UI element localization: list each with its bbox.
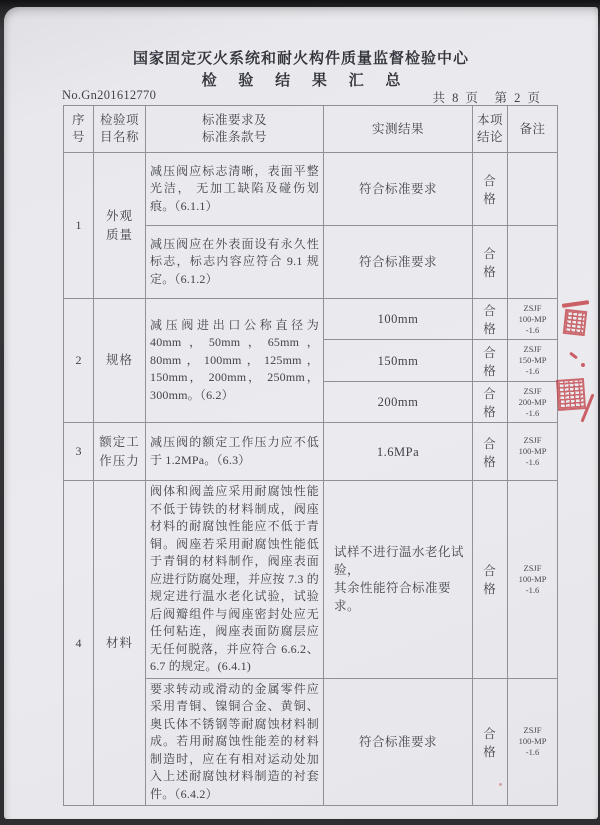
- row2b-conclusion: 合格: [473, 340, 508, 382]
- org-title: 国家固定灭火系统和耐火构件质量监督检验中心: [4, 47, 598, 68]
- row1b-conclusion: 合格: [473, 226, 508, 299]
- row4b-remark: ZSJF 100-MP -1.6: [508, 678, 558, 806]
- row2a-result: 100mm: [324, 299, 473, 340]
- row2c-remark: ZSJF 200-MP -1.6: [508, 382, 558, 423]
- row4a-conclusion: 合格: [473, 481, 508, 679]
- red-seal-fragment-icon: [562, 300, 589, 308]
- row1b-standard: 减压阀应在外表面设有永久性标志，标志内容应符合 9.1 规定。（6.1.2）: [146, 226, 324, 299]
- row4a-remark: ZSJF 100-MP -1.6: [508, 481, 558, 679]
- table-row: 1 外观 质量 减压阀应标志清晰，表面平整光洁， 无加工缺陷及碰伤划痕。（6.1…: [64, 153, 558, 226]
- scanned-page: 国家固定灭火系统和耐火构件质量监督检验中心 检 验 结 果 汇 总 No.Gn2…: [0, 0, 600, 825]
- row3-item: 额定工 作压力: [94, 423, 146, 481]
- red-seal-fragment-icon: [563, 309, 587, 336]
- row1a-result: 符合标准要求: [324, 153, 473, 226]
- scan-speck: [499, 783, 502, 786]
- table-row: 2 规格 减压阀进出口公称直径为 40mm，50mm，65mm，80mm，100…: [64, 299, 558, 340]
- row1b-result: 符合标准要求: [324, 226, 473, 299]
- row2-standard: 减压阀进出口公称直径为 40mm，50mm，65mm，80mm，100mm，12…: [146, 299, 324, 423]
- row3-standard: 减压阀的额定工作压力应不低于 1.2MPa。（6.3）: [146, 423, 324, 481]
- row3-seq: 3: [64, 423, 94, 481]
- inspection-results-table: 序 号 检验项 目名称 标准要求及 标准条款号 实测结果 本项 结论 备注 1 …: [63, 105, 558, 806]
- row3-remark: ZSJF 100-MP -1.6: [508, 423, 558, 481]
- row4a-standard: 阀体和阀盖应采用耐腐蚀性能不低于铸铁的材料制成，阀座材料的耐腐蚀性能应不低于青铜…: [146, 481, 324, 679]
- row4b-conclusion: 合格: [473, 678, 508, 806]
- row1b-remark: [508, 226, 558, 299]
- col-header-remark: 备注: [508, 106, 558, 153]
- row4b-standard: 要求转动或滑动的金属零件应采用青铜、镍铜合金、黄铜、奥氏体不锈钢等耐腐蚀材料制成…: [146, 678, 324, 806]
- row1a-remark: [508, 153, 558, 226]
- row4-item: 材料: [94, 481, 146, 806]
- row1-item: 外观 质量: [94, 153, 146, 299]
- page-number-info: 共 8 页 第 2 页: [432, 88, 542, 106]
- row4a-result: 试样不进行温水老化试验， 其余性能符合标准要求。: [324, 481, 473, 679]
- report-number: No.Gn201612770: [62, 88, 156, 103]
- row3-conclusion: 合格: [473, 423, 508, 481]
- doc-title: 检 验 结 果 汇 总: [4, 69, 598, 90]
- table-row: 4 材料 阀体和阀盖应采用耐腐蚀性能不低于铸铁的材料制成，阀座材料的耐腐蚀性能应…: [64, 481, 558, 679]
- col-header-seq: 序 号: [64, 106, 94, 153]
- row2a-conclusion: 合格: [473, 299, 508, 340]
- row4b-result: 符合标准要求: [324, 678, 473, 806]
- row2c-conclusion: 合格: [473, 382, 508, 423]
- row2a-remark: ZSJF 100-MP -1.6: [508, 299, 558, 340]
- row1a-conclusion: 合格: [473, 153, 508, 226]
- row2c-result: 200mm: [324, 382, 473, 423]
- col-header-result: 实测结果: [324, 106, 473, 153]
- row2-seq: 2: [64, 299, 94, 423]
- col-header-standard: 标准要求及 标准条款号: [146, 106, 324, 153]
- row1a-standard: 减压阀应标志清晰，表面平整光洁， 无加工缺陷及碰伤划痕。（6.1.1）: [146, 153, 324, 226]
- paper-sheet: 国家固定灭火系统和耐火构件质量监督检验中心 检 验 结 果 汇 总 No.Gn2…: [4, 7, 598, 819]
- col-header-item: 检验项 目名称: [94, 106, 146, 153]
- col-header-conclusion: 本项 结论: [473, 106, 508, 153]
- row3-result: 1.6MPa: [324, 423, 473, 481]
- red-seal-fragment-icon: [569, 352, 578, 360]
- row2-item: 规格: [94, 299, 146, 423]
- row4-seq: 4: [64, 481, 94, 806]
- row2b-remark: ZSJF 150-MP -1.6: [508, 340, 558, 382]
- red-seal-fragment-icon: [581, 363, 585, 367]
- row1-seq: 1: [64, 153, 94, 299]
- row2b-result: 150mm: [324, 340, 473, 382]
- table-row: 3 额定工 作压力 减压阀的额定工作压力应不低于 1.2MPa。（6.3） 1.…: [64, 423, 558, 481]
- table-header-row: 序 号 检验项 目名称 标准要求及 标准条款号 实测结果 本项 结论 备注: [64, 106, 558, 153]
- red-seal-fragment-icon: [556, 378, 586, 411]
